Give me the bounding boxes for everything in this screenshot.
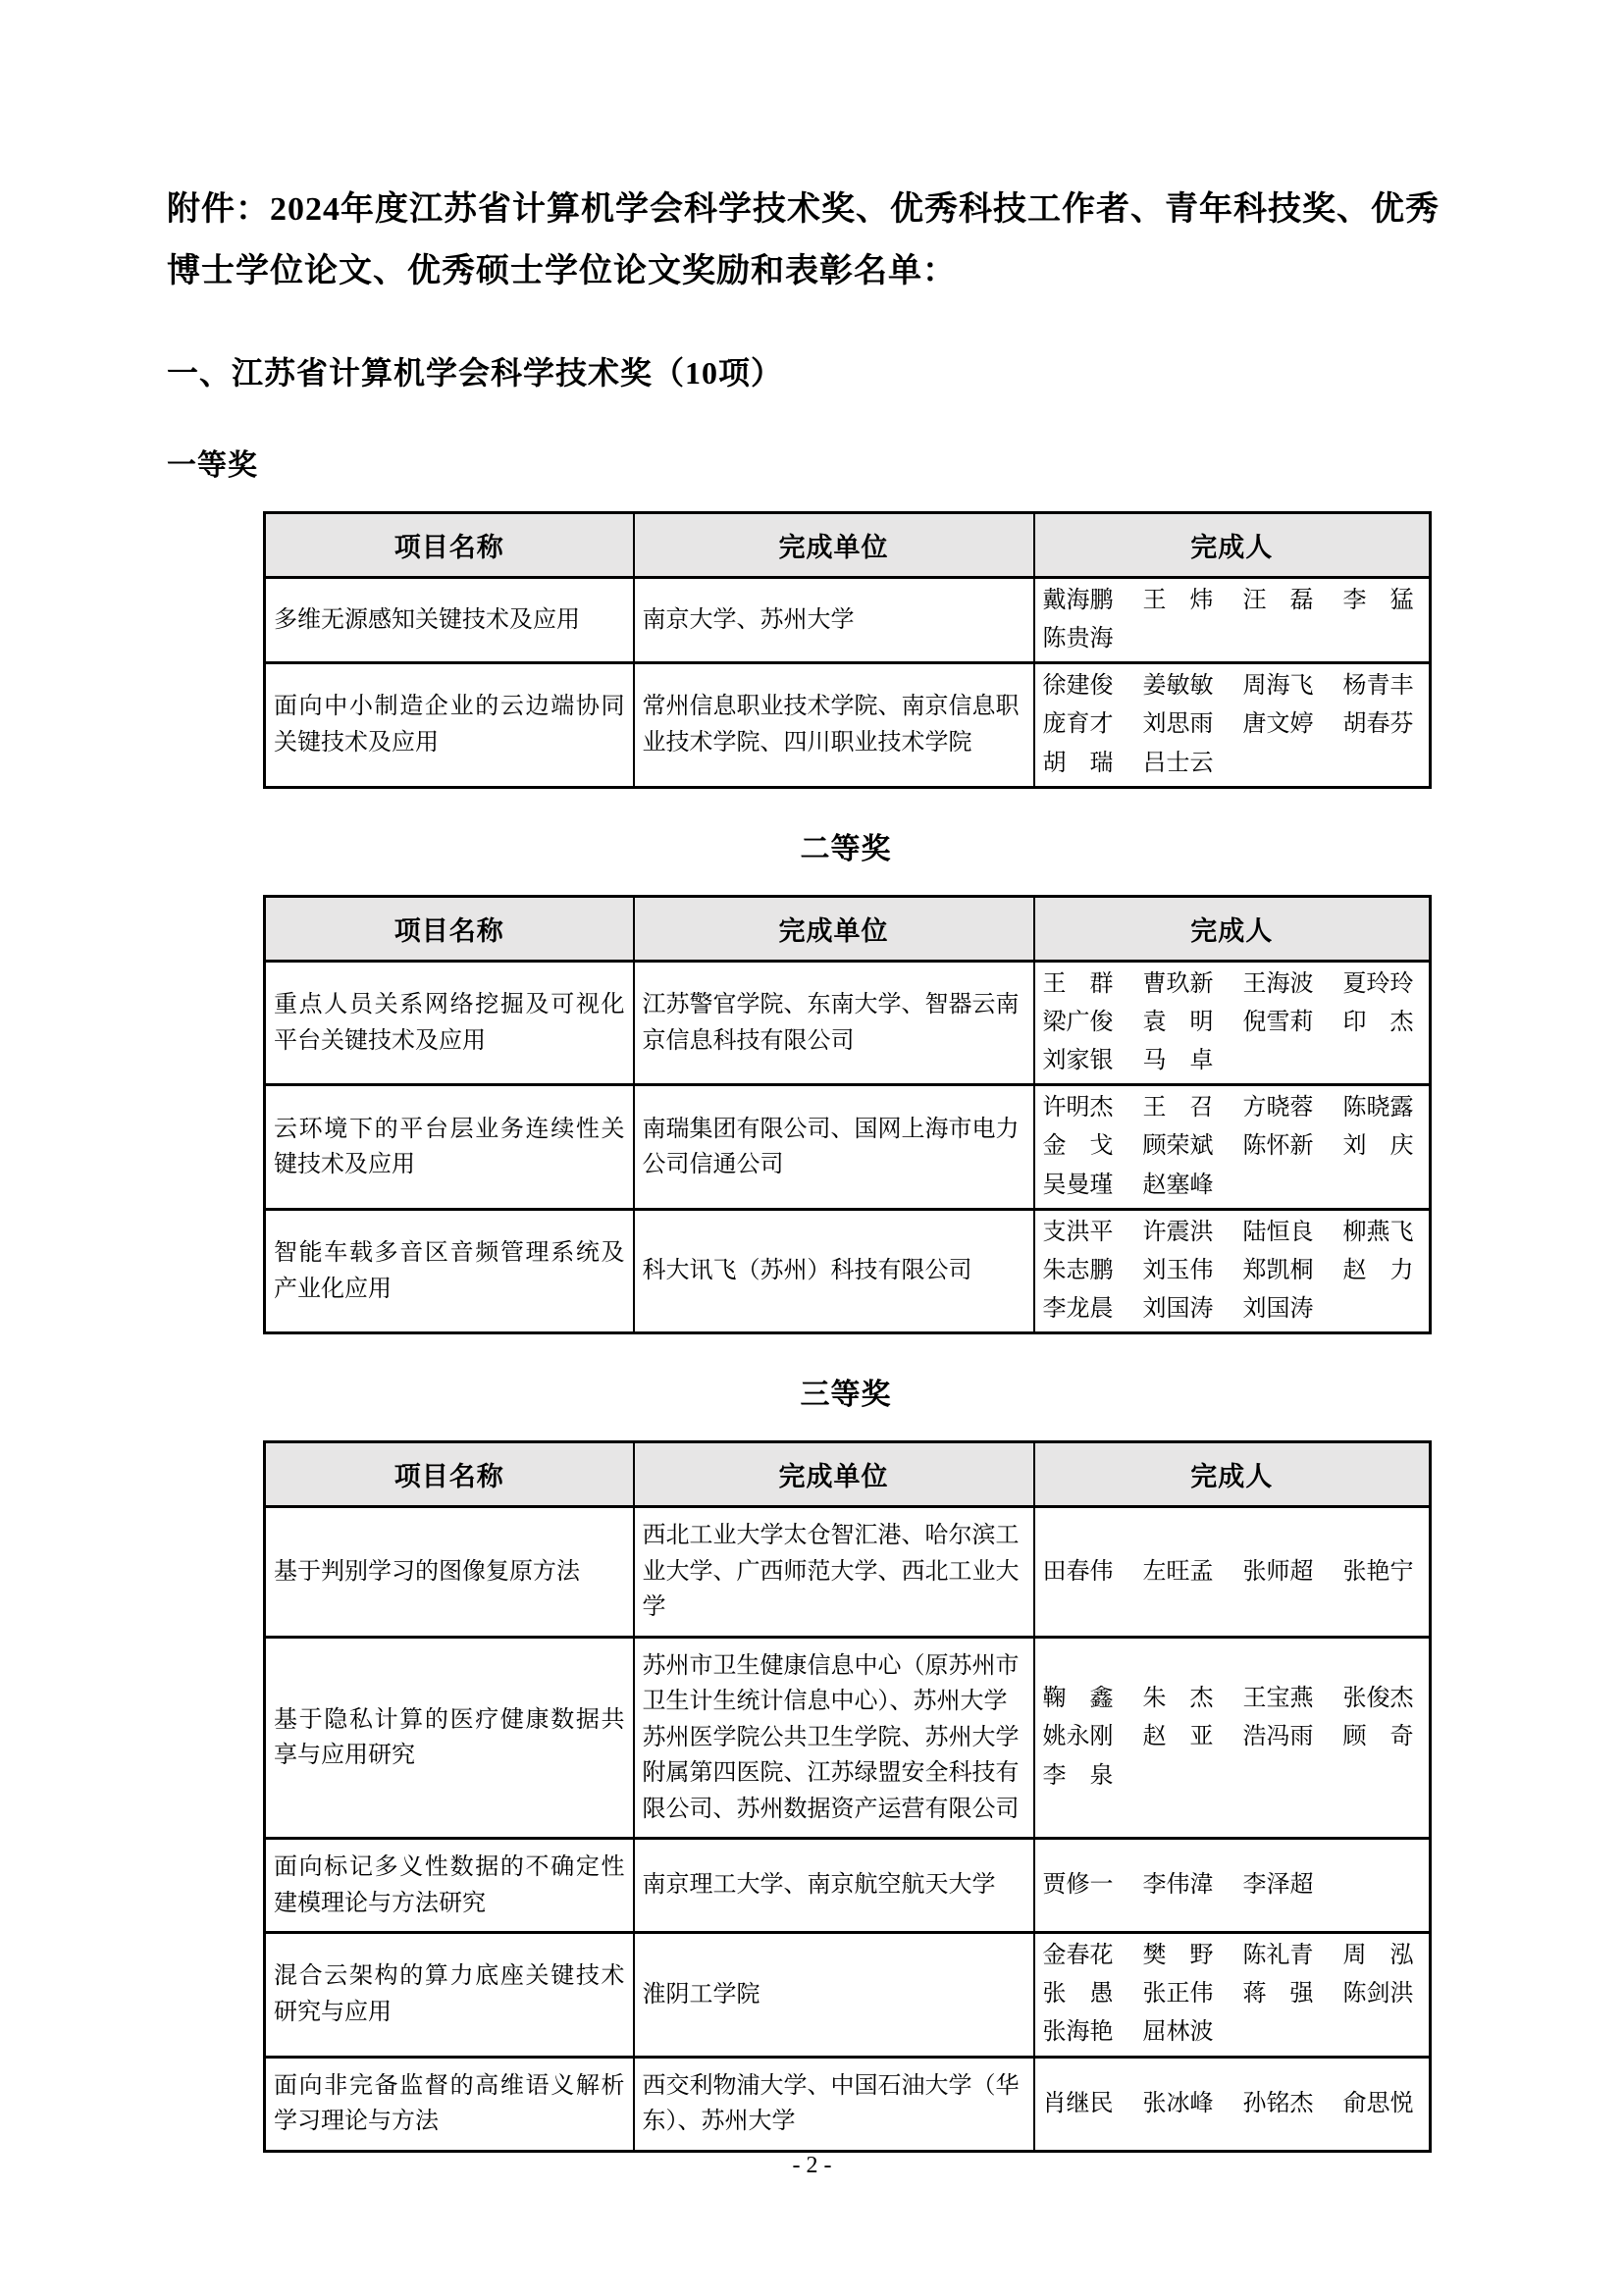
units-cell: 常州信息职业技术学院、南京信息职业技术学院、四川职业技术学院	[634, 663, 1034, 788]
person-name: 朱 杰	[1143, 1687, 1214, 1711]
person-name: 夏玲玲	[1343, 972, 1414, 997]
persons-cell: 许明杰王 召方晓蓉陈晓露金 戈顾荣斌陈怀新刘 庆吴曼瑾赵塞峰	[1034, 1085, 1431, 1210]
project-cell: 多维无源感知关键技术及应用	[265, 577, 634, 662]
person-name: 李 猛	[1343, 589, 1414, 613]
person-name: 汪 磊	[1243, 589, 1314, 613]
person-name: 顾 奇	[1343, 1725, 1414, 1749]
person-name: 陈贵海	[1043, 627, 1114, 652]
document-page: 附件：2024年度江苏省计算机学会科学技术奖、优秀科技工作者、青年科技奖、优秀博…	[0, 0, 1624, 2295]
units-cell: 南京理工大学、南京航空航天大学	[634, 1839, 1034, 1933]
project-cell: 面向中小制造企业的云边端协同关键技术及应用	[265, 663, 634, 788]
project-cell: 基于判别学习的图像复原方法	[265, 1507, 634, 1637]
persons-cell: 戴海鹏王 炜汪 磊李 猛陈贵海	[1034, 577, 1431, 662]
person-name: 刘 庆	[1343, 1134, 1414, 1159]
person-name: 蒋 强	[1243, 1982, 1314, 2007]
person-name: 金 戈	[1043, 1134, 1114, 1159]
person-name: 赵塞峰	[1143, 1174, 1214, 1198]
project-cell: 面向标记多义性数据的不确定性建模理论与方法研究	[265, 1839, 634, 1933]
table-header-row: 项目名称完成单位完成人	[265, 512, 1431, 577]
table-row: 混合云架构的算力底座关键技术研究与应用淮阴工学院金春花樊 野陈礼青周 泓张 愚张…	[265, 1933, 1431, 2058]
person-name: 王 炜	[1143, 589, 1214, 613]
person-name: 李龙晨	[1043, 1297, 1114, 1322]
project-cell: 混合云架构的算力底座关键技术研究与应用	[265, 1933, 634, 2058]
persons-list: 王 群曹玖新王海波夏玲玲梁广俊袁 明倪雪莉印 杰刘家银马 卓	[1043, 972, 1422, 1074]
person-name: 刘思雨	[1143, 712, 1214, 737]
person-name: 李泽超	[1243, 1873, 1314, 1898]
units-cell: 南瑞集团有限公司、国网上海市电力公司信通公司	[634, 1085, 1034, 1210]
person-name: 支洪平	[1043, 1221, 1114, 1245]
person-name: 张 愚	[1043, 1982, 1114, 2007]
table-header-cell-persons: 完成人	[1034, 1442, 1431, 1507]
prize-level-heading: 三等奖	[263, 1370, 1429, 1413]
table-row: 面向非完备监督的高维语义解析学习理论与方法西交利物浦大学、中国石油大学（华东）、…	[265, 2057, 1431, 2151]
persons-list: 戴海鹏王 炜汪 磊李 猛陈贵海	[1043, 589, 1422, 652]
person-name: 王海波	[1243, 972, 1314, 997]
persons-cell: 王 群曹玖新王海波夏玲玲梁广俊袁 明倪雪莉印 杰刘家银马 卓	[1034, 961, 1431, 1085]
person-name: 许震洪	[1143, 1221, 1214, 1245]
person-name: 曹玖新	[1143, 972, 1214, 997]
person-name: 屈林波	[1143, 2020, 1214, 2045]
person-name: 赵 力	[1343, 1259, 1414, 1283]
person-name: 鞠 鑫	[1043, 1687, 1114, 1711]
person-name: 顾荣斌	[1143, 1134, 1214, 1159]
units-cell: 淮阴工学院	[634, 1933, 1034, 2058]
person-name: 李伟湋	[1143, 1873, 1214, 1898]
person-name: 俞思悦	[1343, 2092, 1414, 2116]
table-row: 基于判别学习的图像复原方法西北工业大学太仓智汇港、哈尔滨工业大学、广西师范大学、…	[265, 1507, 1431, 1637]
persons-cell: 田春伟左旺孟张师超张艳宁	[1034, 1507, 1431, 1637]
awards-table: 项目名称完成单位完成人基于判别学习的图像复原方法西北工业大学太仓智汇港、哈尔滨工…	[263, 1440, 1432, 2152]
table-row: 面向中小制造企业的云边端协同关键技术及应用常州信息职业技术学院、南京信息职业技术…	[265, 663, 1431, 788]
person-name: 陈晓露	[1343, 1096, 1414, 1121]
table-header-cell-project: 项目名称	[265, 512, 634, 577]
person-name: 许明杰	[1043, 1096, 1114, 1121]
document-title: 附件：2024年度江苏省计算机学会科学技术奖、优秀科技工作者、青年科技奖、优秀博…	[167, 180, 1460, 303]
table-header-cell-units: 完成单位	[634, 512, 1034, 577]
person-name: 周 泓	[1343, 1944, 1414, 1968]
person-name: 徐建俊	[1043, 674, 1114, 699]
person-name: 杨青丰	[1343, 674, 1414, 699]
person-name: 贾修一	[1043, 1873, 1114, 1898]
prize-level-heading: 二等奖	[263, 824, 1429, 867]
table-header-cell-units: 完成单位	[634, 1442, 1034, 1507]
person-name: 周海飞	[1243, 674, 1314, 699]
persons-cell: 徐建俊姜敏敏周海飞杨青丰庞育才刘思雨唐文婷胡春芬胡 瑞吕士云	[1034, 663, 1431, 788]
persons-cell: 贾修一李伟湋李泽超	[1034, 1839, 1431, 1933]
person-name: 印 杰	[1343, 1011, 1414, 1035]
table-header-row: 项目名称完成单位完成人	[265, 1442, 1431, 1507]
person-name: 刘国涛	[1243, 1297, 1314, 1322]
table-row: 多维无源感知关键技术及应用南京大学、苏州大学戴海鹏王 炜汪 磊李 猛陈贵海	[265, 577, 1431, 662]
table-header-cell-persons: 完成人	[1034, 896, 1431, 961]
person-name: 吴曼瑾	[1043, 1174, 1114, 1198]
table-row: 基于隐私计算的医疗健康数据共享与应用研究苏州市卫生健康信息中心（原苏州市卫生计生…	[265, 1637, 1431, 1838]
awards-container: 一等奖项目名称完成单位完成人多维无源感知关键技术及应用南京大学、苏州大学戴海鹏王…	[167, 441, 1460, 2153]
persons-cell: 支洪平许震洪陆恒良柳燕飞朱志鹏刘玉伟郑凯桐赵 力李龙晨刘国涛刘国涛	[1034, 1209, 1431, 1333]
person-name: 陈礼青	[1243, 1944, 1314, 1968]
table-header-row: 项目名称完成单位完成人	[265, 896, 1431, 961]
units-cell: 苏州市卫生健康信息中心（原苏州市卫生计生统计信息中心）、苏州大学苏州医学院公共卫…	[634, 1637, 1034, 1838]
persons-list: 许明杰王 召方晓蓉陈晓露金 戈顾荣斌陈怀新刘 庆吴曼瑾赵塞峰	[1043, 1096, 1422, 1198]
project-cell: 重点人员关系网络挖掘及可视化平台关键技术及应用	[265, 961, 634, 1085]
person-name: 姜敏敏	[1143, 674, 1214, 699]
units-cell: 南京大学、苏州大学	[634, 577, 1034, 662]
person-name: 柳燕飞	[1343, 1221, 1414, 1245]
project-cell: 面向非完备监督的高维语义解析学习理论与方法	[265, 2057, 634, 2151]
person-name: 陈剑洪	[1343, 1982, 1414, 2007]
person-name: 胡春芬	[1343, 712, 1414, 737]
person-name: 郑凯桐	[1243, 1259, 1314, 1283]
units-cell: 西北工业大学太仓智汇港、哈尔滨工业大学、广西师范大学、西北工业大学	[634, 1507, 1034, 1637]
persons-list: 肖继民张冰峰孙铭杰俞思悦	[1043, 2092, 1422, 2116]
person-name: 刘玉伟	[1143, 1259, 1214, 1283]
person-name: 倪雪莉	[1243, 1011, 1314, 1035]
table-header-cell-project: 项目名称	[265, 1442, 634, 1507]
person-name: 吕士云	[1143, 752, 1214, 776]
table-row: 智能车载多音区音频管理系统及产业化应用科大讯飞（苏州）科技有限公司支洪平许震洪陆…	[265, 1209, 1431, 1333]
person-name: 王 召	[1143, 1096, 1214, 1121]
units-cell: 科大讯飞（苏州）科技有限公司	[634, 1209, 1034, 1333]
table-header-cell-units: 完成单位	[634, 896, 1034, 961]
person-name: 袁 明	[1143, 1011, 1214, 1035]
awards-table: 项目名称完成单位完成人多维无源感知关键技术及应用南京大学、苏州大学戴海鹏王 炜汪…	[263, 511, 1432, 789]
table-header-cell-project: 项目名称	[265, 896, 634, 961]
prize-level-heading: 一等奖	[167, 441, 1460, 484]
person-name: 唐文婷	[1243, 712, 1314, 737]
persons-list: 鞠 鑫朱 杰王宝燕张俊杰姚永刚赵 亚浩冯雨顾 奇李 泉	[1043, 1687, 1422, 1789]
person-name: 张正伟	[1143, 1982, 1214, 2007]
person-name: 樊 野	[1143, 1944, 1214, 1968]
person-name: 孙铭杰	[1243, 2092, 1314, 2116]
person-name: 戴海鹏	[1043, 589, 1114, 613]
person-name: 庞育才	[1043, 712, 1114, 737]
persons-list: 田春伟左旺孟张师超张艳宁	[1043, 1560, 1422, 1585]
project-cell: 基于隐私计算的医疗健康数据共享与应用研究	[265, 1637, 634, 1838]
page-number: - 2 -	[0, 2153, 1624, 2179]
person-name: 肖继民	[1043, 2092, 1114, 2116]
project-cell: 云环境下的平台层业务连续性关键技术及应用	[265, 1085, 634, 1210]
person-name: 金春花	[1043, 1944, 1114, 1968]
persons-list: 徐建俊姜敏敏周海飞杨青丰庞育才刘思雨唐文婷胡春芬胡 瑞吕士云	[1043, 674, 1422, 776]
person-name: 张冰峰	[1143, 2092, 1214, 2116]
person-name: 胡 瑞	[1043, 752, 1114, 776]
persons-list: 贾修一李伟湋李泽超	[1043, 1873, 1422, 1898]
person-name: 张俊杰	[1343, 1687, 1414, 1711]
units-cell: 西交利物浦大学、中国石油大学（华东）、苏州大学	[634, 2057, 1034, 2151]
persons-cell: 金春花樊 野陈礼青周 泓张 愚张正伟蒋 强陈剑洪张海艳屈林波	[1034, 1933, 1431, 2058]
person-name: 刘家银	[1043, 1049, 1114, 1073]
person-name: 姚永刚	[1043, 1725, 1114, 1749]
awards-table: 项目名称完成单位完成人重点人员关系网络挖掘及可视化平台关键技术及应用江苏警官学院…	[263, 895, 1432, 1335]
persons-cell: 鞠 鑫朱 杰王宝燕张俊杰姚永刚赵 亚浩冯雨顾 奇李 泉	[1034, 1637, 1431, 1838]
table-row: 重点人员关系网络挖掘及可视化平台关键技术及应用江苏警官学院、东南大学、智器云南京…	[265, 961, 1431, 1085]
table-row: 面向标记多义性数据的不确定性建模理论与方法研究南京理工大学、南京航空航天大学贾修…	[265, 1839, 1431, 1933]
person-name: 左旺孟	[1143, 1560, 1214, 1585]
person-name: 赵 亚	[1143, 1725, 1214, 1749]
person-name: 张海艳	[1043, 2020, 1114, 2045]
person-name: 王 群	[1043, 972, 1114, 997]
persons-cell: 肖继民张冰峰孙铭杰俞思悦	[1034, 2057, 1431, 2151]
person-name: 李 泉	[1043, 1764, 1114, 1789]
units-cell: 江苏警官学院、东南大学、智器云南京信息科技有限公司	[634, 961, 1034, 1085]
persons-list: 金春花樊 野陈礼青周 泓张 愚张正伟蒋 强陈剑洪张海艳屈林波	[1043, 1944, 1422, 2046]
project-cell: 智能车载多音区音频管理系统及产业化应用	[265, 1209, 634, 1333]
person-name: 田春伟	[1043, 1560, 1114, 1585]
person-name: 张艳宁	[1343, 1560, 1414, 1585]
table-header-cell-persons: 完成人	[1034, 512, 1431, 577]
person-name: 刘国涛	[1143, 1297, 1214, 1322]
table-row: 云环境下的平台层业务连续性关键技术及应用南瑞集团有限公司、国网上海市电力公司信通…	[265, 1085, 1431, 1210]
person-name: 朱志鹏	[1043, 1259, 1114, 1283]
person-name: 陆恒良	[1243, 1221, 1314, 1245]
person-name: 张师超	[1243, 1560, 1314, 1585]
persons-list: 支洪平许震洪陆恒良柳燕飞朱志鹏刘玉伟郑凯桐赵 力李龙晨刘国涛刘国涛	[1043, 1221, 1422, 1323]
person-name: 梁广俊	[1043, 1011, 1114, 1035]
person-name: 马 卓	[1143, 1049, 1214, 1073]
person-name: 王宝燕	[1243, 1687, 1314, 1711]
person-name: 浩冯雨	[1243, 1725, 1314, 1749]
section-heading: 一、江苏省计算机学会科学技术奖（10项）	[167, 348, 1460, 393]
person-name: 陈怀新	[1243, 1134, 1314, 1159]
person-name: 方晓蓉	[1243, 1096, 1314, 1121]
